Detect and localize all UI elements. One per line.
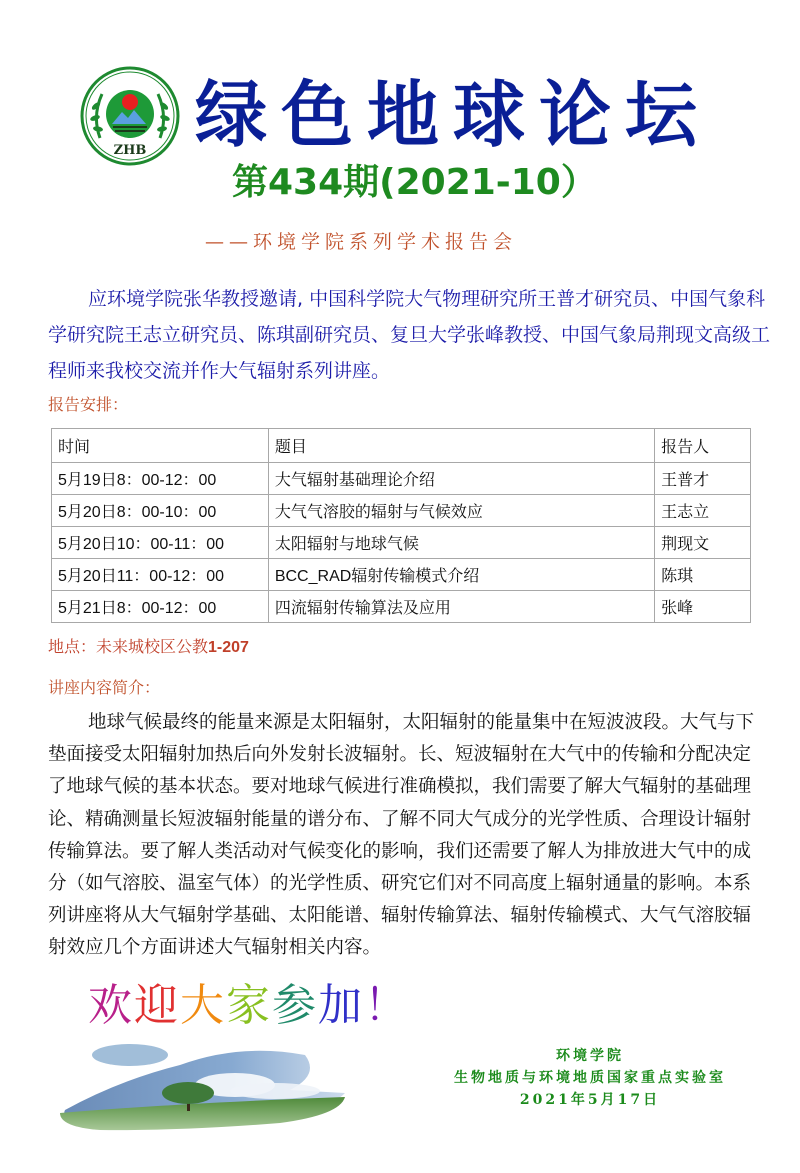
cell-time: 5月21日8：00-12：00: [52, 591, 269, 623]
welcome-char: ！: [364, 978, 410, 1034]
issue-number: 第434期(2021-10）: [232, 158, 597, 208]
landscape-illustration: [60, 1035, 360, 1135]
table-header-row: 时间 题目 报告人: [52, 429, 751, 463]
cell-time: 5月20日11：00-12：00: [52, 559, 269, 591]
cell-time: 5月19日8：00-12：00: [52, 463, 269, 495]
welcome-char: 参: [272, 978, 318, 1034]
footer-date: 2021年5月17日: [405, 1089, 775, 1111]
welcome-char: 迎: [134, 978, 180, 1034]
cell-topic: 大气气溶胶的辐射与气候效应: [268, 495, 654, 527]
cell-topic: 四流辐射传输算法及应用: [268, 591, 654, 623]
schedule-table: 时间 题目 报告人 5月19日8：00-12：00 大气辐射基础理论介绍 王普才…: [51, 428, 751, 623]
cell-speaker: 陈琪: [655, 559, 751, 591]
welcome-char: 家: [226, 978, 272, 1034]
column-header-speaker: 报告人: [655, 429, 751, 463]
invitation-paragraph: 应环境学院张华教授邀请, 中国科学院大气物理研究所王普才研究员、中国气象科学研究…: [48, 281, 770, 389]
table-row: 5月19日8：00-12：00 大气辐射基础理论介绍 王普才: [52, 463, 751, 495]
welcome-banner: 欢迎大家参加！: [88, 978, 410, 1034]
welcome-char: 欢: [88, 978, 134, 1034]
svg-text:ZHB: ZHB: [114, 143, 147, 158]
footer-school: 环境学院: [405, 1045, 775, 1067]
cell-time: 5月20日8：00-10：00: [52, 495, 269, 527]
table-row: 5月20日8：00-10：00 大气气溶胶的辐射与气候效应 王志立: [52, 495, 751, 527]
forum-title: 绿色地球论坛: [195, 70, 711, 160]
footer-lab: 生物地质与环境地质国家重点实验室: [405, 1067, 775, 1089]
cell-time: 5月20日10：00-11：00: [52, 527, 269, 559]
organizer-footer: 环境学院 生物地质与环境地质国家重点实验室 2021年5月17日: [405, 1045, 775, 1111]
event-subtitle: ——环境学院系列学术报告会: [205, 228, 517, 256]
lecture-text: 地球气候最终的能量来源是太阳辐射，太阳辐射的能量集中在短波波段。大气与下垫面接受…: [48, 707, 768, 965]
welcome-char: 大: [180, 978, 226, 1034]
cell-topic: 太阳辐射与地球气候: [268, 527, 654, 559]
cell-topic: BCC_RAD辐射传输模式介绍: [268, 559, 654, 591]
lecture-description: 地球气候最终的能量来源是太阳辐射，太阳辐射的能量集中在短波波段。大气与下垫面接受…: [48, 707, 768, 965]
lecture-heading: 讲座内容简介：: [48, 675, 160, 698]
location-room: 1-207: [208, 639, 249, 656]
column-header-topic: 题目: [268, 429, 654, 463]
location-label: 地点：未来城校区公教: [48, 637, 208, 656]
cell-topic: 大气辐射基础理论介绍: [268, 463, 654, 495]
table-row: 5月21日8：00-12：00 四流辐射传输算法及应用 张峰: [52, 591, 751, 623]
cell-speaker: 荆现文: [655, 527, 751, 559]
table-row: 5月20日10：00-11：00 太阳辐射与地球气候 荆现文: [52, 527, 751, 559]
zhb-logo: ZHB: [80, 66, 180, 166]
cell-speaker: 张峰: [655, 591, 751, 623]
tree-landscape-icon: [60, 1035, 360, 1135]
schedule-heading: 报告安排：: [48, 392, 128, 415]
cell-speaker: 王普才: [655, 463, 751, 495]
welcome-char: 加: [318, 978, 364, 1034]
table-row: 5月20日11：00-12：00 BCC_RAD辐射传输模式介绍 陈琪: [52, 559, 751, 591]
logo-emblem-icon: ZHB: [80, 66, 180, 166]
cell-speaker: 王志立: [655, 495, 751, 527]
column-header-time: 时间: [52, 429, 269, 463]
location-line: 地点：未来城校区公教1-207: [48, 634, 249, 657]
invitation-text: 应环境学院张华教授邀请, 中国科学院大气物理研究所王普才研究员、中国气象科学研究…: [48, 281, 770, 389]
